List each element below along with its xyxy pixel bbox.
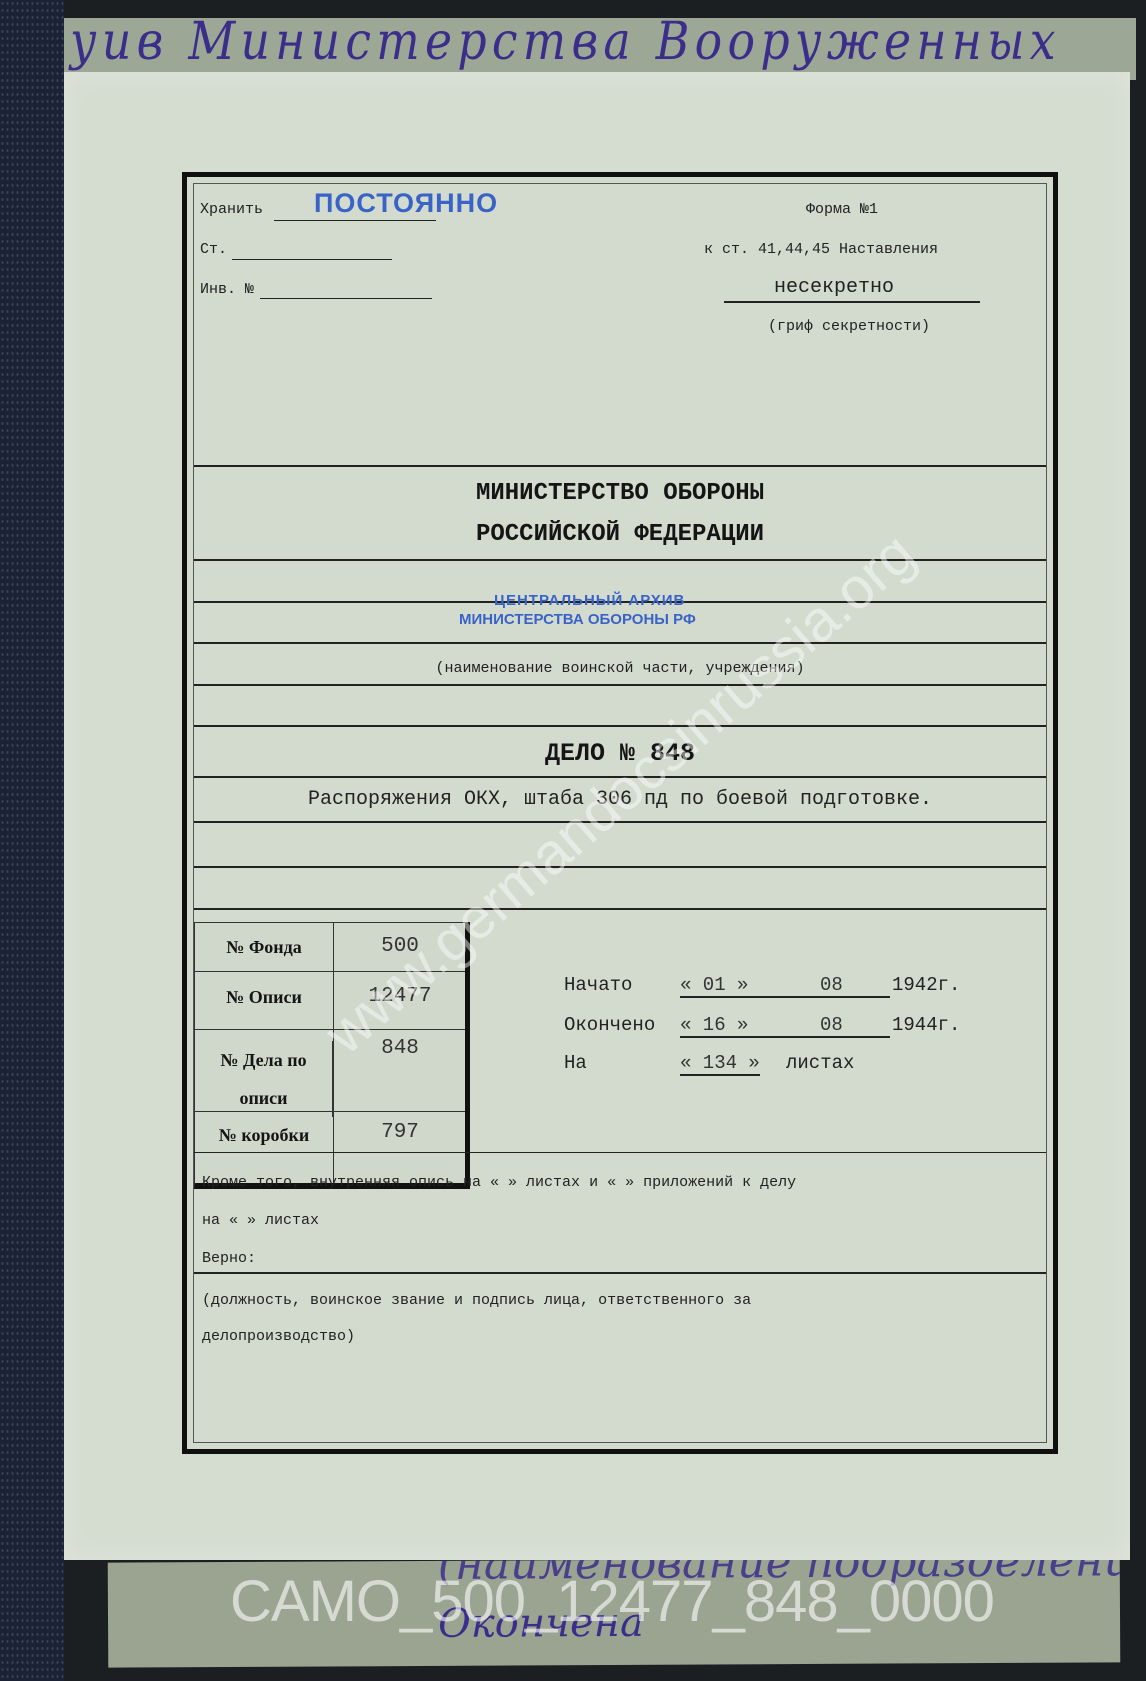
sheets-count: « 134 » bbox=[680, 1052, 760, 1076]
internal-inventory-line: Кроме того, внутренняя опись на « » лист… bbox=[202, 1174, 796, 1191]
table-divider bbox=[195, 1111, 465, 1112]
started-date-field: « 01 » 08 bbox=[680, 974, 890, 998]
instruction-reference: к ст. 41,44,45 Наставления bbox=[704, 241, 938, 258]
handwritten-top-label: уив Министерства Вооруженных bbox=[70, 18, 1061, 72]
inv-underline bbox=[260, 298, 432, 299]
ended-date-field: « 16 » 08 bbox=[680, 1014, 890, 1038]
started-year: 1942г. bbox=[892, 974, 960, 996]
secrecy-value: несекретно bbox=[774, 276, 894, 299]
archive-stamp-line1: ЦЕНТРАЛЬНЫЙ АРХИВ bbox=[494, 592, 685, 609]
sheets-suffix: листах bbox=[786, 1052, 854, 1074]
divider bbox=[194, 908, 1046, 910]
divider bbox=[194, 1152, 1046, 1153]
st-underline bbox=[232, 259, 392, 260]
secrecy-caption: (гриф секретности) bbox=[768, 318, 930, 335]
ended-label: Окончено bbox=[564, 1014, 655, 1036]
sheets-label: На bbox=[564, 1052, 587, 1074]
keep-stamp: ПОСТОЯННО bbox=[314, 188, 498, 219]
started-month: 08 bbox=[820, 974, 843, 996]
started-label: Начато bbox=[564, 974, 632, 996]
divider bbox=[194, 642, 1046, 644]
ended-day: « 16 » bbox=[680, 1014, 748, 1036]
archive-stamp-line2: МИНИСТЕРСТВА ОБОРОНЫ РФ bbox=[459, 611, 696, 628]
secrecy-underline bbox=[724, 301, 980, 303]
started-day: « 01 » bbox=[680, 974, 748, 996]
binder-spine bbox=[0, 0, 64, 1681]
verified-label: Верно: bbox=[202, 1250, 256, 1267]
keep-label: Хранить bbox=[200, 201, 263, 218]
responsible-caption-2: делопроизводство) bbox=[202, 1328, 355, 1345]
divider bbox=[194, 465, 1046, 467]
divider bbox=[194, 725, 1046, 727]
ended-year: 1944г. bbox=[892, 1014, 960, 1036]
keep-underline bbox=[274, 220, 436, 221]
ended-month: 08 bbox=[820, 1014, 843, 1036]
inv-label: Инв. № bbox=[200, 281, 254, 298]
form-number: Форма №1 bbox=[806, 201, 878, 218]
fond-label: № Фонда bbox=[195, 937, 334, 958]
opis-label: № Описи bbox=[195, 987, 334, 1008]
divider bbox=[194, 866, 1046, 868]
st-label: Ст. bbox=[200, 241, 227, 258]
internal-inventory-sheets: на « » листах bbox=[202, 1212, 319, 1229]
divider bbox=[194, 684, 1046, 686]
file-id-watermark: CAMO_500_12477_848_0000 bbox=[230, 1568, 994, 1635]
divider bbox=[194, 1272, 1046, 1274]
folder-top-strip: уив Министерства Вооруженных bbox=[64, 18, 1136, 80]
box-value: 797 bbox=[335, 1121, 465, 1144]
unit-caption: (наименование воинской части, учреждения… bbox=[194, 660, 1046, 677]
responsible-caption-1: (должность, воинское звание и подпись ли… bbox=[202, 1292, 751, 1309]
